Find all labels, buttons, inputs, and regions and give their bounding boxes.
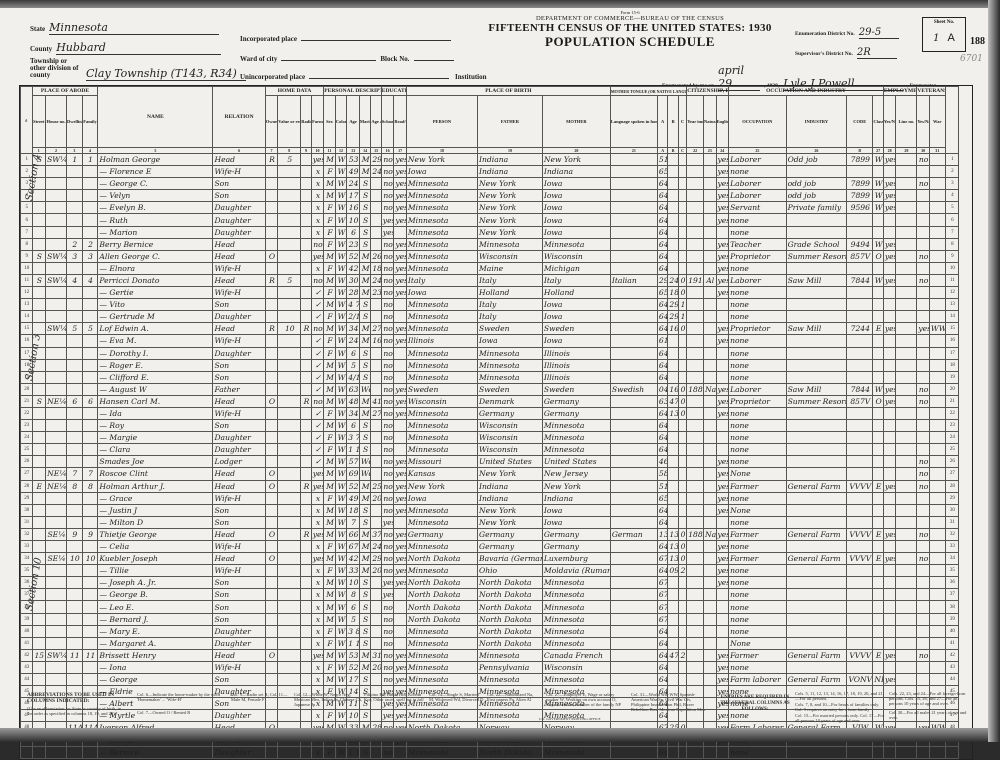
language-cell: [610, 480, 657, 492]
race-cell: W: [335, 541, 347, 553]
speaks-english-cell: yes: [716, 528, 729, 540]
occupation-code-cell: [847, 456, 873, 468]
dwelling-number-cell: [67, 674, 83, 686]
age-cell: 30: [347, 274, 360, 286]
read-write-cell: [394, 359, 407, 371]
relationship-cell: Head: [213, 274, 265, 286]
age-cell: 42: [347, 262, 360, 274]
language-cell: [610, 226, 657, 238]
family-number-cell: 10: [82, 553, 98, 565]
industry-cell: Summer Resort: [786, 395, 847, 407]
dwelling-number-cell: 10: [67, 553, 83, 565]
family-number-cell: [82, 371, 98, 383]
table-row: 18— Roger E.Son✓MW5SnoMinnesotaMinnesota…: [21, 359, 972, 371]
unemployment-line-cell: [896, 625, 917, 637]
table-row: 40— Mary E.DaughterxFW3 8/12SnoMinnesota…: [21, 625, 972, 637]
line-number: 40: [21, 625, 33, 637]
marital-status-cell: S: [359, 214, 371, 226]
school-cell: no: [381, 528, 394, 540]
race-cell: W: [335, 504, 347, 516]
immigration-year-cell: 1880: [687, 383, 704, 395]
immigration-year-cell: [687, 492, 704, 504]
line-number-right: 10: [945, 262, 959, 274]
home-tenure-cell: [265, 262, 278, 274]
sex-cell: M: [324, 154, 336, 166]
birthplace-cell: Kansas: [406, 468, 477, 480]
line-number-right: 16: [945, 335, 959, 347]
footnote-col9: Col. 9—Radio set R; Col. 11—Male M, Fema…: [231, 692, 291, 702]
code-b-cell: 13: [668, 553, 678, 565]
family-number-cell: 2: [82, 238, 98, 250]
house-number-cell: [46, 287, 67, 299]
occupation-cell: Proprietor: [729, 395, 787, 407]
war-cell: [929, 178, 945, 190]
occupation-cell: Farmer: [729, 649, 787, 661]
table-row: 2— Florence EWife-HxFW49M24noyesIowaIndi…: [21, 166, 972, 178]
unemployment-line-cell: [896, 468, 917, 480]
dwelling-number-cell: [67, 178, 83, 190]
read-write-cell: yes: [394, 214, 407, 226]
naturalization-cell: [703, 541, 716, 553]
school-cell: no: [381, 444, 394, 456]
code-b-cell: [668, 359, 678, 371]
home-value-cell: [278, 420, 301, 432]
code-a-cell: 64: [657, 674, 667, 686]
line-number-right: 5: [945, 202, 959, 214]
language-cell: [610, 516, 657, 528]
birthplace-cell: Minnesota: [406, 359, 477, 371]
age-at-marriage-cell: [371, 383, 381, 395]
school-cell: no: [381, 468, 394, 480]
code-a-cell: 64: [657, 178, 667, 190]
home-tenure-cell: O: [265, 468, 278, 480]
col-sex: Sex: [324, 96, 336, 148]
age-at-marriage-cell: [371, 214, 381, 226]
employed-cell: [883, 311, 896, 323]
line-number-right: 28: [945, 480, 959, 492]
occupation-code-cell: [847, 601, 873, 613]
code-c-cell: 0: [678, 274, 686, 286]
marital-status-cell: S: [359, 202, 371, 214]
marital-status-cell: M: [359, 166, 371, 178]
family-number-cell: [82, 214, 98, 226]
farm-cell: yes: [311, 553, 324, 565]
immigration-year-cell: [687, 601, 704, 613]
school-cell: no: [381, 504, 394, 516]
dwelling-number-cell: 11: [67, 649, 83, 661]
employed-cell: [883, 262, 896, 274]
marital-status-cell: M: [359, 541, 371, 553]
sex-cell: M: [324, 190, 336, 202]
sex-cell: F: [324, 287, 336, 299]
immigration-year-cell: [687, 420, 704, 432]
read-write-cell: yes: [394, 456, 407, 468]
relationship-cell: Head: [213, 250, 265, 262]
veteran-cell: [917, 444, 930, 456]
home-value-cell: [278, 649, 301, 661]
person-name-cell: — Milton D: [98, 516, 213, 528]
code-c-cell: [678, 347, 686, 359]
family-number-cell: 3: [82, 250, 98, 262]
naturalization-cell: [703, 323, 716, 335]
line-number-right: 29: [945, 492, 959, 504]
family-number-cell: 8: [82, 480, 98, 492]
unemployment-line-cell: [896, 432, 917, 444]
immigration-year-cell: [687, 335, 704, 347]
table-row: 6— RuthDaughterxFW10SyesyesMinnesotaNew …: [21, 214, 972, 226]
farm-cell: no: [311, 323, 324, 335]
mother-birthplace-cell: Michigan: [542, 262, 610, 274]
institution-label: Institution: [455, 73, 487, 81]
immigration-year-cell: [687, 553, 704, 565]
home-tenure-cell: [265, 383, 278, 395]
father-birthplace-cell: North Dakota: [478, 577, 543, 589]
industry-cell: [786, 516, 847, 528]
radio-cell: [301, 661, 311, 673]
read-write-cell: [394, 347, 407, 359]
language-cell: Swedish: [610, 383, 657, 395]
employed-cell: yes: [883, 553, 896, 565]
family-number-cell: [82, 516, 98, 528]
occupation-code-cell: 7899: [847, 154, 873, 166]
immigration-year-cell: [687, 238, 704, 250]
relationship-cell: Lodger: [213, 456, 265, 468]
radio-cell: [301, 347, 311, 359]
family-number-cell: 5: [82, 323, 98, 335]
war-cell: [929, 468, 945, 480]
dwelling-number-cell: [67, 335, 83, 347]
war-cell: [929, 625, 945, 637]
code-c-cell: 0: [678, 528, 686, 540]
group-relation: RELATION: [213, 87, 265, 148]
house-number-cell: [46, 299, 67, 311]
race-cell: W: [335, 456, 347, 468]
house-number-cell: SW¼: [46, 250, 67, 262]
language-cell: [610, 444, 657, 456]
dwelling-number-cell: 8: [67, 480, 83, 492]
speaks-english-cell: yes: [716, 504, 729, 516]
house-number-cell: [46, 504, 67, 516]
farm-cell: x: [311, 214, 324, 226]
col-code: CODE: [847, 96, 873, 148]
sex-cell: M: [324, 468, 336, 480]
code-a-cell: 67: [657, 601, 667, 613]
naturalization-cell: [703, 674, 716, 686]
street-cell: [32, 432, 46, 444]
veteran-cell: [917, 504, 930, 516]
dwelling-number-cell: [67, 202, 83, 214]
veteran-cell: [917, 299, 930, 311]
code-c-cell: [678, 480, 686, 492]
age-cell: 18: [347, 504, 360, 516]
marital-status-cell: S: [359, 420, 371, 432]
radio-cell: [301, 407, 311, 419]
home-tenure-cell: [265, 371, 278, 383]
worker-class-cell: E: [873, 528, 884, 540]
person-name-cell: — Gertie: [98, 287, 213, 299]
person-name-cell: — Velyn: [98, 190, 213, 202]
father-birthplace-cell: Bavaria (Germany): [478, 553, 543, 565]
language-cell: [610, 202, 657, 214]
footnote-col14: Col. 14—Single S, Married M, Widowed Wd,…: [429, 692, 484, 702]
house-number-cell: [46, 262, 67, 274]
language-cell: [610, 420, 657, 432]
unemployment-line-cell: [896, 262, 917, 274]
relationship-cell: Head: [213, 649, 265, 661]
age-cell: 33: [347, 565, 360, 577]
industry-cell: [786, 287, 847, 299]
unemployment-line-cell: [896, 371, 917, 383]
naturalization-cell: [703, 347, 716, 359]
immigration-year-cell: [687, 287, 704, 299]
person-name-cell: — August W: [98, 383, 213, 395]
birthplace-cell: Iowa: [406, 287, 477, 299]
worker-class-cell: [873, 492, 884, 504]
race-cell: W: [335, 553, 347, 565]
language-cell: [610, 214, 657, 226]
occupation-code-cell: [847, 661, 873, 673]
war-cell: [929, 456, 945, 468]
col-school: School: [381, 96, 394, 148]
speaks-english-cell: yes: [716, 323, 729, 335]
dwelling-number-cell: [67, 565, 83, 577]
home-value-cell: [278, 661, 301, 673]
worker-class-cell: E: [873, 553, 884, 565]
immigration-year-cell: [687, 226, 704, 238]
employed-cell: [883, 287, 896, 299]
language-cell: [610, 637, 657, 649]
age-at-marriage-cell: 20: [371, 492, 381, 504]
farm-cell: ✓: [311, 359, 324, 371]
read-write-cell: [394, 299, 407, 311]
birthplace-cell: North Dakota: [406, 613, 477, 625]
relationship-cell: Son: [213, 613, 265, 625]
sex-cell: M: [324, 504, 336, 516]
birthplace-cell: Minnesota: [406, 311, 477, 323]
mother-birthplace-cell: New Jersey: [542, 468, 610, 480]
occupation-cell: Laborer: [729, 383, 787, 395]
line-number-right: 27: [945, 468, 959, 480]
veteran-cell: no: [917, 468, 930, 480]
house-number-cell: [46, 674, 67, 686]
employed-cell: [883, 661, 896, 673]
code-c-cell: 0: [678, 407, 686, 419]
code-c-cell: [678, 613, 686, 625]
col-code-c: C: [678, 96, 686, 148]
dwelling-number-cell: [67, 601, 83, 613]
naturalization-cell: [703, 299, 716, 311]
occupation-code-cell: 7244: [847, 323, 873, 335]
county-label: County: [30, 45, 52, 53]
person-name-cell: — Dorothy I.: [98, 347, 213, 359]
house-number-cell: [46, 166, 67, 178]
industry-cell: General Farm: [786, 480, 847, 492]
speaks-english-cell: yes: [716, 456, 729, 468]
dwelling-number-cell: [67, 226, 83, 238]
war-cell: [929, 516, 945, 528]
house-number-cell: SE¼: [46, 528, 67, 540]
veteran-cell: no: [917, 178, 930, 190]
sex-cell: F: [324, 166, 336, 178]
war-cell: [929, 395, 945, 407]
dwelling-number-cell: 4: [67, 274, 83, 286]
code-b-cell: 18: [668, 287, 678, 299]
code-a-cell: 65: [657, 492, 667, 504]
language-cell: [610, 674, 657, 686]
school-cell: no: [381, 492, 394, 504]
mother-birthplace-cell: Italy: [542, 274, 610, 286]
relationship-cell: Head: [213, 528, 265, 540]
line-number-right: 3: [945, 178, 959, 190]
house-number-cell: [46, 202, 67, 214]
person-name-cell: — George: [98, 674, 213, 686]
employed-cell: yes: [883, 250, 896, 262]
line-number: 21: [21, 395, 33, 407]
birthplace-cell: Minnesota: [406, 262, 477, 274]
speaks-english-cell: yes: [716, 154, 729, 166]
speaks-english-cell: yes: [716, 190, 729, 202]
line-number: 13: [21, 299, 33, 311]
marital-status-cell: S: [359, 371, 371, 383]
birthplace-cell: Minnesota: [406, 407, 477, 419]
table-row: 32SE¼99Thietje GeorgeHeadORyesMW66M37noy…: [21, 528, 972, 540]
dwelling-number-cell: [67, 625, 83, 637]
relationship-cell: Head: [213, 395, 265, 407]
family-number-cell: [82, 504, 98, 516]
house-number-cell: [46, 335, 67, 347]
occupation-code-cell: [847, 299, 873, 311]
home-tenure-cell: [265, 589, 278, 601]
birthplace-cell: Minnesota: [406, 190, 477, 202]
footnote-col22: Col. 22—Naturalized Na, First papers Pa,…: [487, 692, 542, 702]
radio-cell: [301, 674, 311, 686]
age-cell: 52: [347, 480, 360, 492]
radio-cell: [301, 287, 311, 299]
immigration-year-cell: [687, 432, 704, 444]
occupation-code-cell: [847, 516, 873, 528]
school-cell: no: [381, 274, 394, 286]
read-write-cell: yes: [394, 335, 407, 347]
school-cell: no: [381, 154, 394, 166]
unemployment-line-cell: [896, 480, 917, 492]
code-a-cell: 67: [657, 613, 667, 625]
worker-class-cell: [873, 565, 884, 577]
worker-class-cell: O: [873, 395, 884, 407]
street-cell: [32, 637, 46, 649]
code-b-cell: [668, 504, 678, 516]
veteran-cell: [917, 541, 930, 553]
read-write-cell: [394, 613, 407, 625]
veteran-cell: [917, 661, 930, 673]
code-a-cell: 63: [657, 395, 667, 407]
birthplace-cell: Wisconsin: [406, 395, 477, 407]
house-number-cell: NE¼: [46, 480, 67, 492]
home-tenure-cell: O: [265, 649, 278, 661]
naturalization-cell: Al: [703, 274, 716, 286]
occupation-code-cell: VONV: [847, 674, 873, 686]
age-cell: 10: [347, 577, 360, 589]
age-cell: 6: [347, 226, 360, 238]
col-color: Color: [335, 96, 347, 148]
table-row: 4— VelynSonxMW17SnoyesMinnesotaNew YorkI…: [21, 190, 972, 202]
immigration-year-cell: [687, 250, 704, 262]
home-value-cell: [278, 335, 301, 347]
line-number-right: 37: [945, 589, 959, 601]
dwelling-number-cell: [67, 589, 83, 601]
age-at-marriage-cell: [371, 311, 381, 323]
group-personal: PERSONAL DESCRIPTION: [324, 87, 382, 96]
age-cell: 10: [347, 214, 360, 226]
speaks-english-cell: [716, 226, 729, 238]
unemployment-line-cell: [896, 528, 917, 540]
war-cell: [929, 432, 945, 444]
farm-cell: ✓: [311, 287, 324, 299]
age-at-marriage-cell: 20: [371, 661, 381, 673]
occupation-code-cell: [847, 347, 873, 359]
worker-class-cell: [873, 432, 884, 444]
relationship-cell: Head: [213, 323, 265, 335]
industry-cell: General Farm: [786, 553, 847, 565]
employed-cell: yes: [883, 323, 896, 335]
war-cell: [929, 637, 945, 649]
mother-birthplace-cell: Minnesota: [542, 637, 610, 649]
ward-label: Ward of city: [240, 55, 277, 63]
employed-cell: [883, 335, 896, 347]
radio-cell: [301, 311, 311, 323]
mother-birthplace-cell: Iowa: [542, 190, 610, 202]
naturalization-cell: [703, 492, 716, 504]
age-at-marriage-cell: [371, 420, 381, 432]
father-birthplace-cell: Sweden: [478, 383, 543, 395]
father-birthplace-cell: Italy: [478, 274, 543, 286]
home-tenure-cell: [265, 613, 278, 625]
father-birthplace-cell: Italy: [478, 311, 543, 323]
code-c-cell: [678, 262, 686, 274]
language-cell: [610, 565, 657, 577]
employed-cell: [883, 359, 896, 371]
age-cell: 8: [347, 589, 360, 601]
race-cell: W: [335, 154, 347, 166]
marital-status-cell: S: [359, 504, 371, 516]
dwelling-number-cell: [67, 420, 83, 432]
occupation-code-cell: [847, 262, 873, 274]
language-cell: [610, 625, 657, 637]
relationship-cell: Son: [213, 504, 265, 516]
war-cell: [929, 347, 945, 359]
age-at-marriage-cell: 23: [371, 287, 381, 299]
occupation-code-cell: [847, 432, 873, 444]
house-number-cell: [46, 238, 67, 250]
industry-cell: [786, 311, 847, 323]
occupation-cell: Farmer: [729, 553, 787, 565]
line-number: 14: [21, 311, 33, 323]
table-row: 31— Milton DSonxMW7SyesMinnesotaNew York…: [21, 516, 972, 528]
state-label: State: [30, 25, 45, 33]
line-number: 34: [21, 553, 33, 565]
age-at-marriage-cell: [371, 347, 381, 359]
home-value-cell: [278, 250, 301, 262]
school-cell: yes: [381, 577, 394, 589]
mother-birthplace-cell: Minnesota: [542, 613, 610, 625]
code-a-cell: 65: [657, 166, 667, 178]
race-cell: W: [335, 613, 347, 625]
age-cell: 34: [347, 407, 360, 419]
race-cell: W: [335, 468, 347, 480]
mother-birthplace-cell: Iowa: [542, 226, 610, 238]
code-b-cell: [668, 202, 678, 214]
entries-1: Cols. 5, 11, 12, 13, 14, 16, 17, 18, 19,…: [795, 691, 885, 701]
house-number-cell: SW¼: [46, 274, 67, 286]
